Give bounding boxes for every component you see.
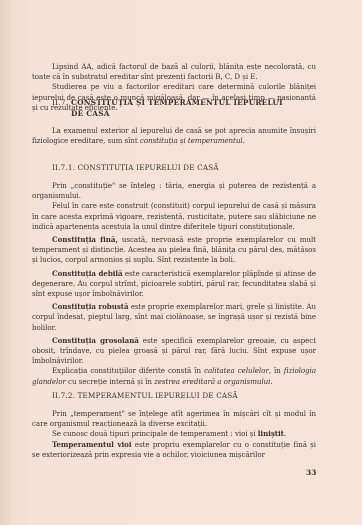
text-span: , în (269, 366, 284, 375)
subsection-heading-II71: II.7.1. CONSTITUȚIA IEPURELUI DE CASĂ (52, 163, 219, 173)
bold-term: Constituția debilă (52, 269, 123, 278)
text-span: Se cunosc două tipuri principale de temp… (52, 429, 258, 438)
temperament-definition: Prin „temperament" se înțelege atît ager… (32, 409, 316, 429)
italic-term: zestrea ereditară a organismului (154, 377, 270, 386)
constitution-fina: Constituția fină, uscată, nervoasă este … (32, 235, 316, 266)
italic-term: calitatea celulelor (204, 366, 269, 375)
constitution-types-intro: Felul în care este construit (constituit… (32, 201, 316, 232)
constitution-definition: Prin „constituție" se înțeleg : tăria, e… (32, 181, 316, 201)
section-number: II.7. (52, 98, 68, 107)
section-II72-body: Prin „temperament" se înțelege atît ager… (32, 409, 316, 460)
page-number: 33 (306, 468, 316, 477)
section-title-line1: CONSTITUȚIA ȘI TEMPERAMENTUL IEPURELUI (71, 98, 283, 107)
section-title-line2: DE CASĂ (52, 109, 110, 118)
bold-term: liniștit (258, 429, 284, 438)
bold-term: Constituția robustă (52, 302, 129, 311)
constitution-explanation: Explicația constituțiilor diferite const… (32, 366, 316, 386)
italic-term: constituția și temperamentul (140, 136, 243, 145)
section-II71-body: Prin „constituție" se înțeleg : tăria, e… (32, 181, 316, 387)
bold-term: Constituția fină, (52, 235, 118, 244)
constitution-grosolana: Constituția grosolană este specifică exe… (32, 336, 316, 367)
temperament-types: Se cunosc două tipuri principale de temp… (32, 429, 316, 439)
constitution-debila: Constituția debilă este caracteristică e… (32, 269, 316, 300)
section-heading-II7: II.7. CONSTITUȚIA ȘI TEMPERAMENTUL IEPUR… (52, 97, 283, 119)
text-span: . (284, 429, 286, 438)
constitution-robusta: Constituția robustă este proprie exempla… (32, 302, 316, 333)
bold-term: Constituția grosolană (52, 336, 139, 345)
text-span: cu secreție internă și în (66, 377, 154, 386)
temperament-vioi: Temperamentul vioi este propriu exemplar… (32, 440, 316, 460)
subsection-heading-II72: II.7.2. TEMPERAMENTUL IEPURELUI DE CASĂ (52, 391, 238, 401)
text-span: Explicația constituțiilor diferite const… (52, 366, 204, 375)
text-span: . (243, 136, 245, 145)
section-II7-paragraph: La examenul exterior al iepurelui de cas… (32, 126, 316, 146)
bold-term: Temperamentul vioi (52, 440, 132, 449)
text-span: . (270, 377, 272, 386)
intro-paragraph-1: Lipsind AA, adică factorul de bază al cu… (32, 62, 316, 82)
section-II7-body: La examenul exterior al iepurelui de cas… (32, 126, 316, 146)
